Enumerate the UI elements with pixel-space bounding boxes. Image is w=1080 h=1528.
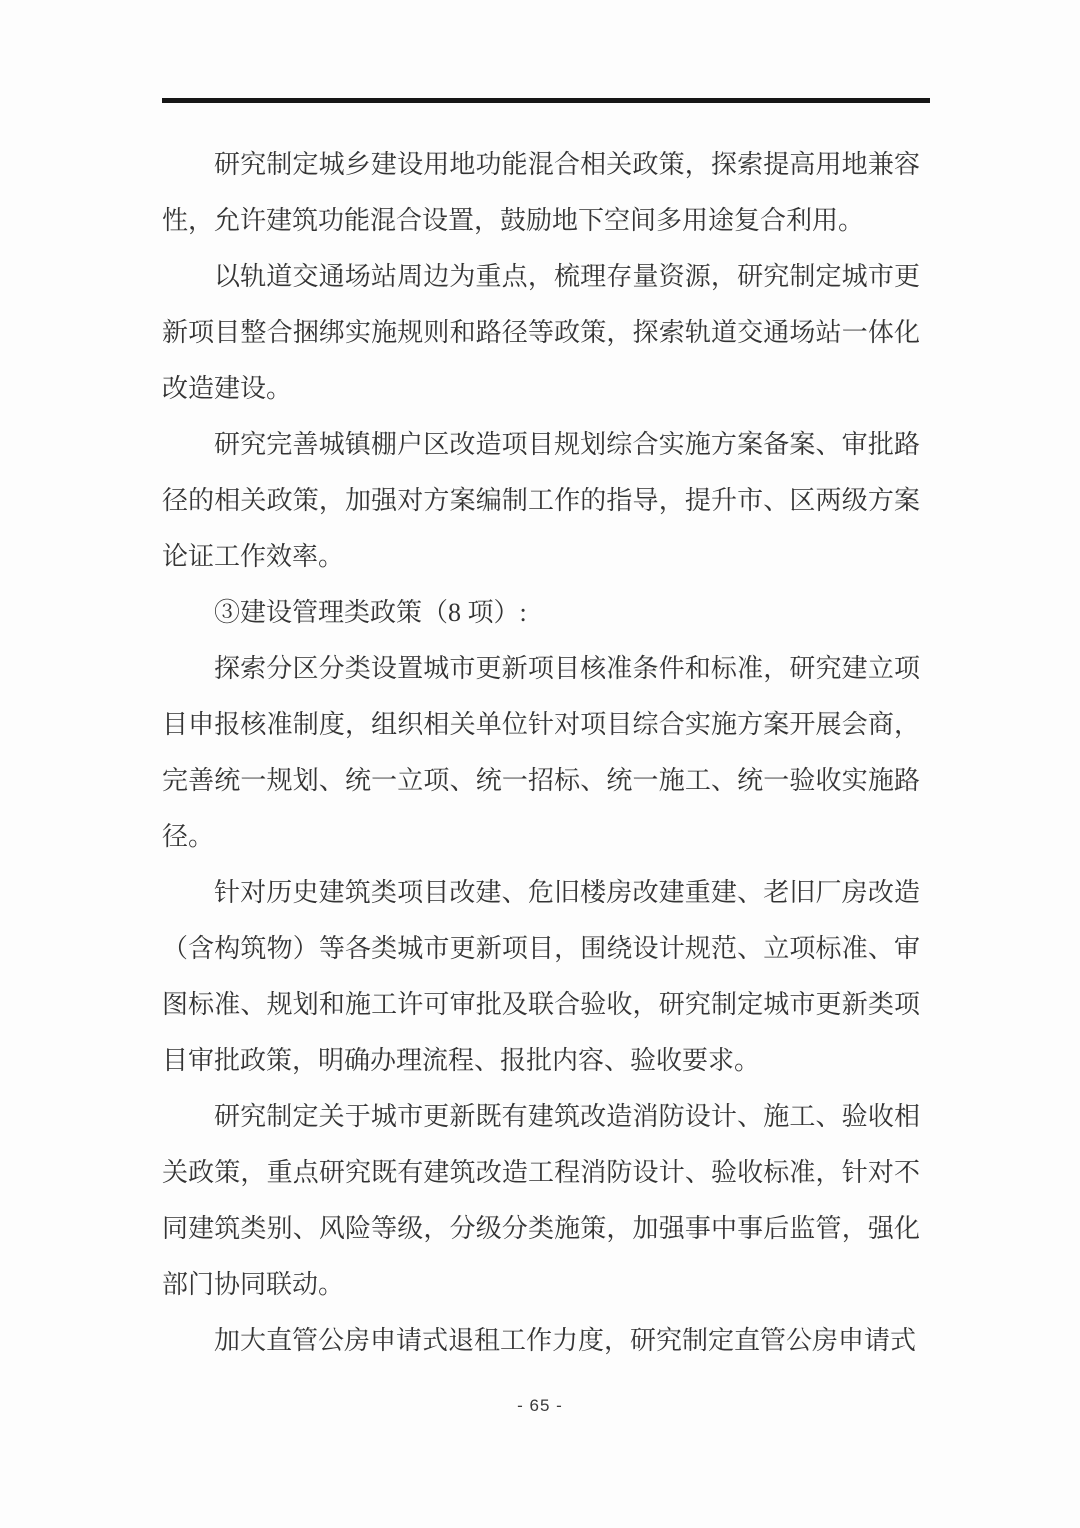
page-number: - 65 -	[0, 1396, 1080, 1416]
paragraph-historic-building-projects: 针对历史建筑类项目改建、危旧楼房改建重建、老旧厂房改造（含构筑物）等各类城市更新…	[162, 865, 920, 1089]
document-body: 研究制定城乡建设用地功能混合相关政策，探索提高用地兼容性，允许建筑功能混合设置，…	[162, 137, 920, 1369]
header-rule	[162, 98, 930, 103]
paragraph-public-housing-rent-withdrawal: 加大直管公房申请式退租工作力度，研究制定直管公房申请式	[162, 1313, 920, 1369]
paragraph-land-use-mixing: 研究制定城乡建设用地功能混合相关政策，探索提高用地兼容性，允许建筑功能混合设置，…	[162, 137, 920, 249]
paragraph-fire-safety-policies: 研究制定关于城市更新既有建筑改造消防设计、施工、验收相关政策，重点研究既有建筑改…	[162, 1089, 920, 1313]
paragraph-rail-transit-stations: 以轨道交通场站周边为重点，梳理存量资源，研究制定城市更新项目整合捆绑实施规则和路…	[162, 249, 920, 417]
paragraph-project-approval-system: 探索分区分类设置城市更新项目核准条件和标准，研究建立项目申报核准制度，组织相关单…	[162, 641, 920, 865]
document-page: 研究制定城乡建设用地功能混合相关政策，探索提高用地兼容性，允许建筑功能混合设置，…	[0, 0, 1080, 1528]
paragraph-shantytown-renovation: 研究完善城镇棚户区改造项目规划综合实施方案备案、审批路径的相关政策，加强对方案编…	[162, 417, 920, 585]
section-heading-construction-management-policies: ③建设管理类政策（8 项）:	[162, 585, 920, 641]
